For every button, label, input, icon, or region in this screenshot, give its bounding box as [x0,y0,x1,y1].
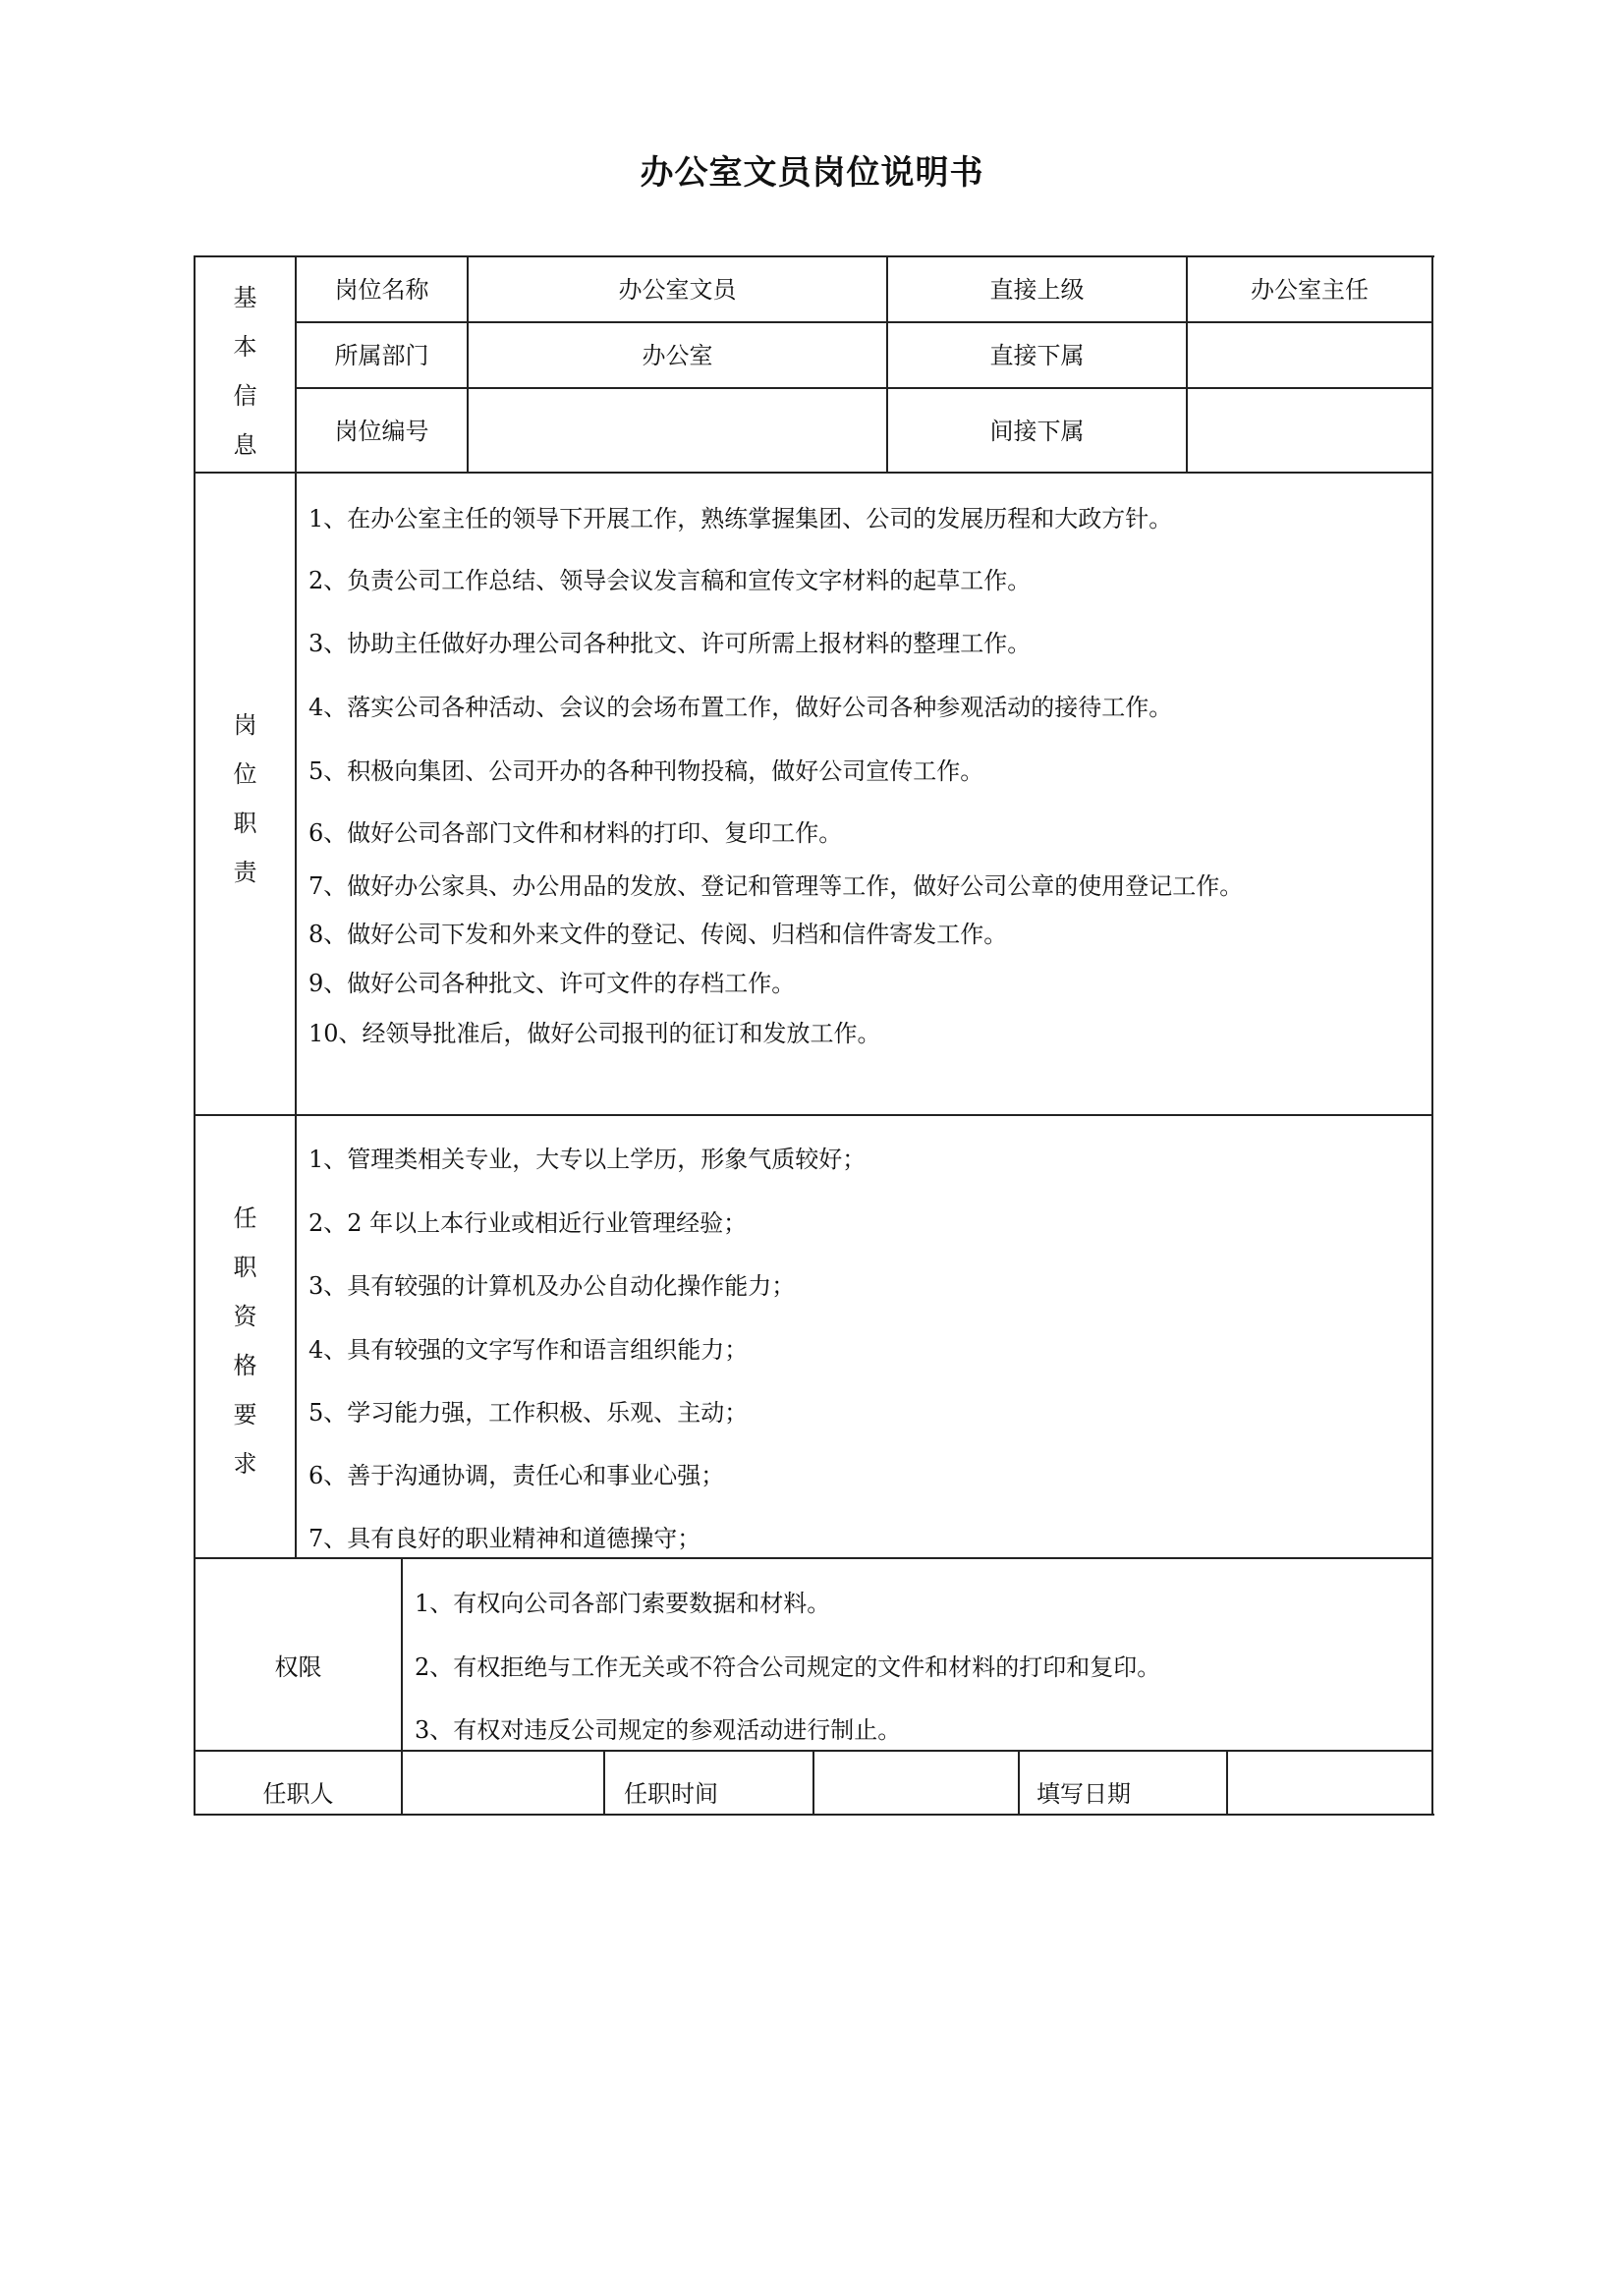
label-char: 责 [195,848,296,897]
table-border-right [1431,255,1433,1816]
duty-item: 9、做好公司各种批文、许可文件的存档工作。 [308,969,795,998]
field-label-direct-subordinate: 直接下属 [887,341,1187,370]
section-divider [195,1557,1432,1559]
column-divider [603,1750,605,1815]
qualification-item: 6、善于沟通协调，责任心和事业心强； [308,1461,724,1490]
field-value-direct-superior: 办公室主任 [1187,275,1432,305]
label-char: 职 [195,799,296,848]
label-char: 岗 [195,700,296,750]
duty-item: 6、做好公司各部门文件和材料的打印、复印工作。 [308,818,842,848]
label-char: 息 [195,420,296,470]
label-char: 基 [195,273,296,322]
field-label-direct-superior: 直接上级 [887,275,1187,305]
label-char: 求 [195,1439,296,1488]
duty-item: 2、负责公司工作总结、领导会议发言稿和宣传文字材料的起草工作。 [308,566,1031,595]
authority-item: 3、有权对违反公司规定的参观活动进行制止。 [415,1715,901,1745]
qualification-item: 4、具有较强的文字写作和语言组织能力； [308,1335,748,1365]
label-fill-date: 填写日期 [1036,1779,1227,1809]
field-label-position-number: 岗位编号 [296,417,468,446]
duty-item: 4、落实公司各种活动、会议的会场布置工作，做好公司各种参观活动的接待工作。 [308,693,1172,722]
field-label-indirect-subordinate: 间接下属 [887,417,1187,446]
duty-item: 3、协助主任做好办理公司各种批文、许可所需上报材料的整理工作。 [308,629,1031,658]
field-label-department: 所属部门 [296,341,468,370]
section-label-authority: 权限 [195,1652,402,1682]
duty-item: 5、积极向集团、公司开办的各种刊物投稿，做好公司宣传工作。 [308,756,983,786]
section-divider [195,1114,1432,1116]
field-label-position-name: 岗位名称 [296,275,468,305]
label-char: 信 [195,371,296,420]
section-label-qualifications: 任 职 资 格 要 求 [195,1194,296,1488]
qualification-item: 1、管理类相关专业，大专以上学历，形象气质较好； [308,1145,866,1174]
qualification-item: 2、2 年以上本行业或相近行业管理经验； [308,1208,747,1238]
label-char: 位 [195,750,296,799]
label-column-divider [401,1557,403,1815]
document-title: 办公室文员岗位说明书 [0,145,1624,194]
field-value-position-name: 办公室文员 [468,275,887,305]
label-char: 格 [195,1341,296,1390]
duty-item: 1、在办公室主任的领导下开展工作，熟练掌握集团、公司的发展历程和大政方针。 [308,504,1172,533]
label-tenure-date: 任职时间 [624,1779,813,1809]
field-value-department: 办公室 [468,341,887,370]
label-job-holder: 任职人 [195,1779,402,1809]
table-border-left [194,255,196,1816]
qualification-item: 7、具有良好的职业精神和道德操守； [308,1524,700,1553]
label-char: 要 [195,1390,296,1439]
authority-item: 2、有权拒绝与工作无关或不符合公司规定的文件和材料的打印和复印。 [415,1652,1160,1682]
authority-item: 1、有权向公司各部门索要数据和材料。 [415,1589,830,1618]
table-border-top [195,255,1434,257]
duty-item: 7、做好办公家具、办公用品的发放、登记和管理等工作，做好公司公章的使用登记工作。 [308,871,1243,901]
column-divider [1018,1750,1020,1815]
duty-item: 10、经领导批准后，做好公司报刊的征订和发放工作。 [308,1019,881,1048]
section-divider [195,472,1432,474]
duty-item: 8、做好公司下发和外来文件的登记、传阅、归档和信件寄发工作。 [308,920,1007,949]
section-label-basic-info: 基 本 信 息 [195,273,296,470]
table-border-bottom [195,1814,1434,1816]
qualification-item: 3、具有较强的计算机及办公自动化操作能力； [308,1271,795,1301]
label-char: 任 [195,1194,296,1243]
section-label-duties: 岗 位 职 责 [195,700,296,897]
label-char: 本 [195,322,296,371]
qualification-item: 5、学习能力强，工作积极、乐观、主动； [308,1398,748,1428]
label-char: 职 [195,1243,296,1292]
label-char: 资 [195,1292,296,1341]
